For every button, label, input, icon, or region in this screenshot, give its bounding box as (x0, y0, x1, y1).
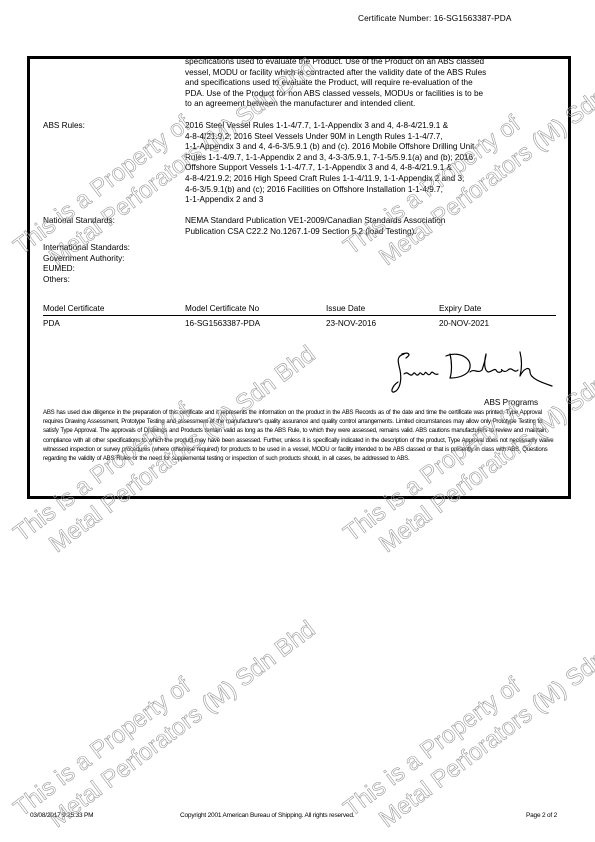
intro-line: vessel, MODU or facility which is contra… (185, 68, 486, 79)
abs-rules-line: 4-8-4/21.9.2; 2016 Steel Vessels Under 9… (185, 132, 474, 143)
eumed-label: EUMED: (43, 264, 130, 275)
footer-timestamp: 03/08/2017 9:25:33 PM (30, 812, 93, 819)
signature-image (390, 348, 555, 396)
national-standards-line: Publication CSA C22.2 No.1267.1-09 Secti… (185, 227, 445, 238)
abs-rules-line: 1-1-Appendix 2 and 3 (185, 195, 474, 206)
abs-rules-line: 1-1-Appendix 3 and 4, 4-6-3/5.9.1 (b) an… (185, 142, 474, 153)
abs-rules-label: ABS Rules: (43, 121, 85, 132)
national-standards-line: NEMA Standard Publication VE1-2009/Canad… (185, 216, 445, 227)
watermark-line-1: This is a Property of (338, 591, 595, 824)
abs-rules-line: 4-8-4/21.9.2; 2016 High Speed Craft Rule… (185, 174, 474, 185)
footer-page-number: Page 2 of 2 (526, 812, 557, 819)
table-header-model-certificate: Model Certificate (43, 304, 104, 313)
watermark-line-2: Metal Perforators (M) Sdn Bhd (44, 615, 322, 835)
national-standards-value: NEMA Standard Publication VE1-2009/Canad… (185, 216, 445, 237)
table-cell-certificate-no: 16-SG1563387-PDA (185, 319, 260, 328)
table-cell-issue-date: 23-NOV-2016 (326, 319, 376, 328)
watermark: This is a Property of Metal Perforators … (338, 591, 595, 842)
table-header-issue-date: Issue Date (326, 304, 365, 313)
intro-text: specifications used to evaluate the Prod… (185, 57, 486, 110)
intro-line: to an agreement between the manufacturer… (185, 99, 486, 110)
watermark-line-2: Metal Perforators (M) Sdn Bhd (374, 615, 595, 835)
other-labels: International Standards: Government Auth… (43, 243, 130, 285)
signer-title: ABS Programs (484, 398, 538, 407)
abs-rules-line: 2016 Steel Vessel Rules 1-1-4/7.7, 1-1-A… (185, 121, 474, 132)
abs-rules-line: 4-6-3/5.9.1(b) and (c); 2016 Facilities … (185, 185, 474, 196)
watermark-line-1: This is a Property of (8, 591, 304, 824)
government-authority-label: Government Authority: (43, 254, 130, 265)
table-cell-expiry-date: 20-NOV-2021 (439, 319, 489, 328)
table-header-model-certificate-no: Model Certificate No (185, 304, 259, 313)
abs-rules-value: 2016 Steel Vessel Rules 1-1-4/7.7, 1-1-A… (185, 121, 474, 206)
table-header-expiry-date: Expiry Date (439, 304, 481, 313)
intro-line: PDA. Use of the Product for non ABS clas… (185, 89, 486, 100)
footer-copyright: Copyright 2001 American Bureau of Shippi… (180, 812, 354, 819)
intro-line: specifications used to evaluate the Prod… (185, 57, 486, 68)
abs-rules-line: Rules 1-1-4/9.7, 1-1-Appendix 2 and 3, 4… (185, 153, 474, 164)
others-label: Others: (43, 275, 130, 286)
disclaimer-text: ABS has used due diligence in the prepar… (43, 408, 557, 463)
intro-line: and specifications used to evaluate the … (185, 78, 486, 89)
watermark: This is a Property of Metal Perforators … (8, 591, 322, 842)
certificate-number: Certificate Number: 16-SG1563387-PDA (358, 13, 511, 23)
national-standards-label: National Standards: (43, 216, 115, 227)
table-cell-model: PDA (43, 319, 60, 328)
table-divider (43, 315, 556, 316)
international-standards-label: International Standards: (43, 243, 130, 254)
abs-rules-line: Offshore Support Vessels 1-1-4/7.7, 1-1-… (185, 163, 474, 174)
